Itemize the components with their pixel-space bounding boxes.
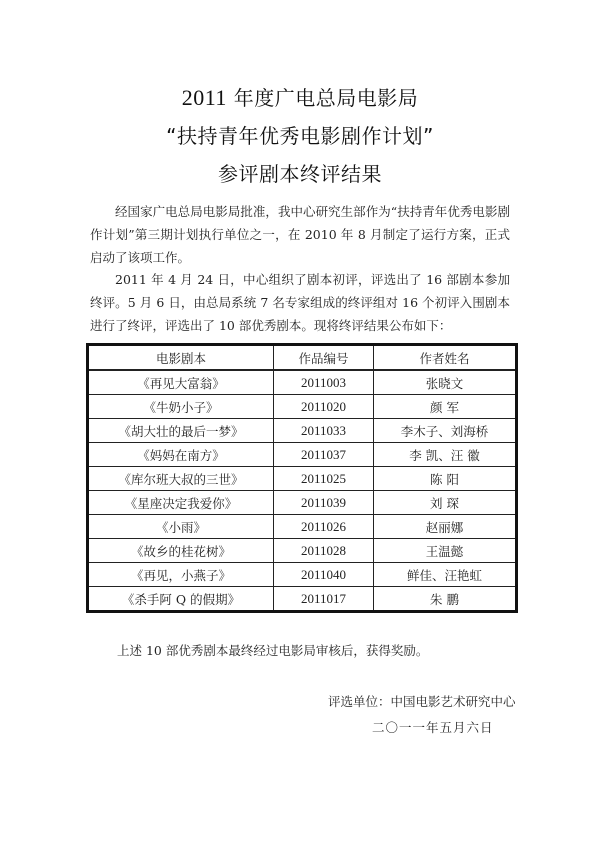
author-name: 赵丽娜 bbox=[374, 515, 517, 539]
screenplay-title: 《故乡的桂花树》 bbox=[88, 539, 274, 563]
process-paragraph: 2011 年 4 月 24 日，中心组织了剧本初评，评选出了 16 部剧本参加终… bbox=[90, 268, 510, 337]
author-name: 颜 军 bbox=[374, 395, 517, 419]
screenplay-title: 《小雨》 bbox=[88, 515, 274, 539]
screenplay-title: 《杀手阿 Q 的假期》 bbox=[88, 587, 274, 612]
header-author-name: 作者姓名 bbox=[374, 345, 517, 371]
table-row: 《胡大壮的最后一梦》 2011033 李木子、刘海桥 bbox=[88, 419, 517, 443]
work-number: 2011026 bbox=[274, 515, 374, 539]
table-row: 《再见，小燕子》 2011040 鲜佳、汪艳虹 bbox=[88, 563, 517, 587]
closing-statement: 上述 10 部优秀剧本最终经过电影局审核后，获得奖励。 bbox=[117, 641, 428, 659]
author-name: 刘 琛 bbox=[374, 491, 517, 515]
title-line-2: “扶持青年优秀电影剧作计划” bbox=[0, 120, 600, 149]
screenplay-title: 《再见大富翁》 bbox=[88, 370, 274, 395]
table-row: 《妈妈在南方》 2011037 李 凯、汪 徽 bbox=[88, 443, 517, 467]
work-number: 2011039 bbox=[274, 491, 374, 515]
screenplay-title: 《再见，小燕子》 bbox=[88, 563, 274, 587]
work-number: 2011017 bbox=[274, 587, 374, 612]
title-year: 2011 bbox=[182, 85, 227, 110]
table-row: 《牛奶小子》 2011020 颜 军 bbox=[88, 395, 517, 419]
table-row: 《杀手阿 Q 的假期》 2011017 朱 鹏 bbox=[88, 587, 517, 612]
work-number: 2011028 bbox=[274, 539, 374, 563]
signature-organization: 评选单位：中国电影艺术研究中心 bbox=[328, 692, 516, 710]
table-row: 《库尔班大叔的三世》 2011025 陈 阳 bbox=[88, 467, 517, 491]
work-number: 2011040 bbox=[274, 563, 374, 587]
intro-paragraph: 经国家广电总局电影局批准，我中心研究生部作为“扶持青年优秀电影剧作计划”第三期计… bbox=[90, 200, 510, 269]
signature-date: 二〇一一年五月六日 bbox=[372, 718, 494, 736]
screenplay-title: 《牛奶小子》 bbox=[88, 395, 274, 419]
title-line-1: 2011 年度广电总局电影局 bbox=[0, 82, 600, 111]
author-name: 陈 阳 bbox=[374, 467, 517, 491]
table-row: 《故乡的桂花树》 2011028 王温懿 bbox=[88, 539, 517, 563]
header-screenplay: 电影剧本 bbox=[88, 345, 274, 371]
work-number: 2011003 bbox=[274, 370, 374, 395]
table-row: 《星座决定我爱你》 2011039 刘 琛 bbox=[88, 491, 517, 515]
header-work-number: 作品编号 bbox=[274, 345, 374, 371]
screenplay-title: 《库尔班大叔的三世》 bbox=[88, 467, 274, 491]
author-name: 张晓文 bbox=[374, 370, 517, 395]
screenplay-title: 《星座决定我爱你》 bbox=[88, 491, 274, 515]
screenplay-title: 《胡大壮的最后一梦》 bbox=[88, 419, 274, 443]
title-line-1-text: 年度广电总局电影局 bbox=[227, 86, 418, 110]
table-row: 《再见大富翁》 2011003 张晓文 bbox=[88, 370, 517, 395]
results-table: 电影剧本 作品编号 作者姓名 《再见大富翁》 2011003 张晓文 《牛奶小子… bbox=[86, 343, 518, 613]
work-number: 2011037 bbox=[274, 443, 374, 467]
work-number: 2011033 bbox=[274, 419, 374, 443]
work-number: 2011025 bbox=[274, 467, 374, 491]
author-name: 李 凯、汪 徽 bbox=[374, 443, 517, 467]
title-line-3: 参评剧本终评结果 bbox=[0, 158, 600, 187]
screenplay-title: 《妈妈在南方》 bbox=[88, 443, 274, 467]
author-name: 李木子、刘海桥 bbox=[374, 419, 517, 443]
author-name: 鲜佳、汪艳虹 bbox=[374, 563, 517, 587]
author-name: 朱 鹏 bbox=[374, 587, 517, 612]
table-row: 《小雨》 2011026 赵丽娜 bbox=[88, 515, 517, 539]
table-header-row: 电影剧本 作品编号 作者姓名 bbox=[88, 345, 517, 371]
author-name: 王温懿 bbox=[374, 539, 517, 563]
work-number: 2011020 bbox=[274, 395, 374, 419]
